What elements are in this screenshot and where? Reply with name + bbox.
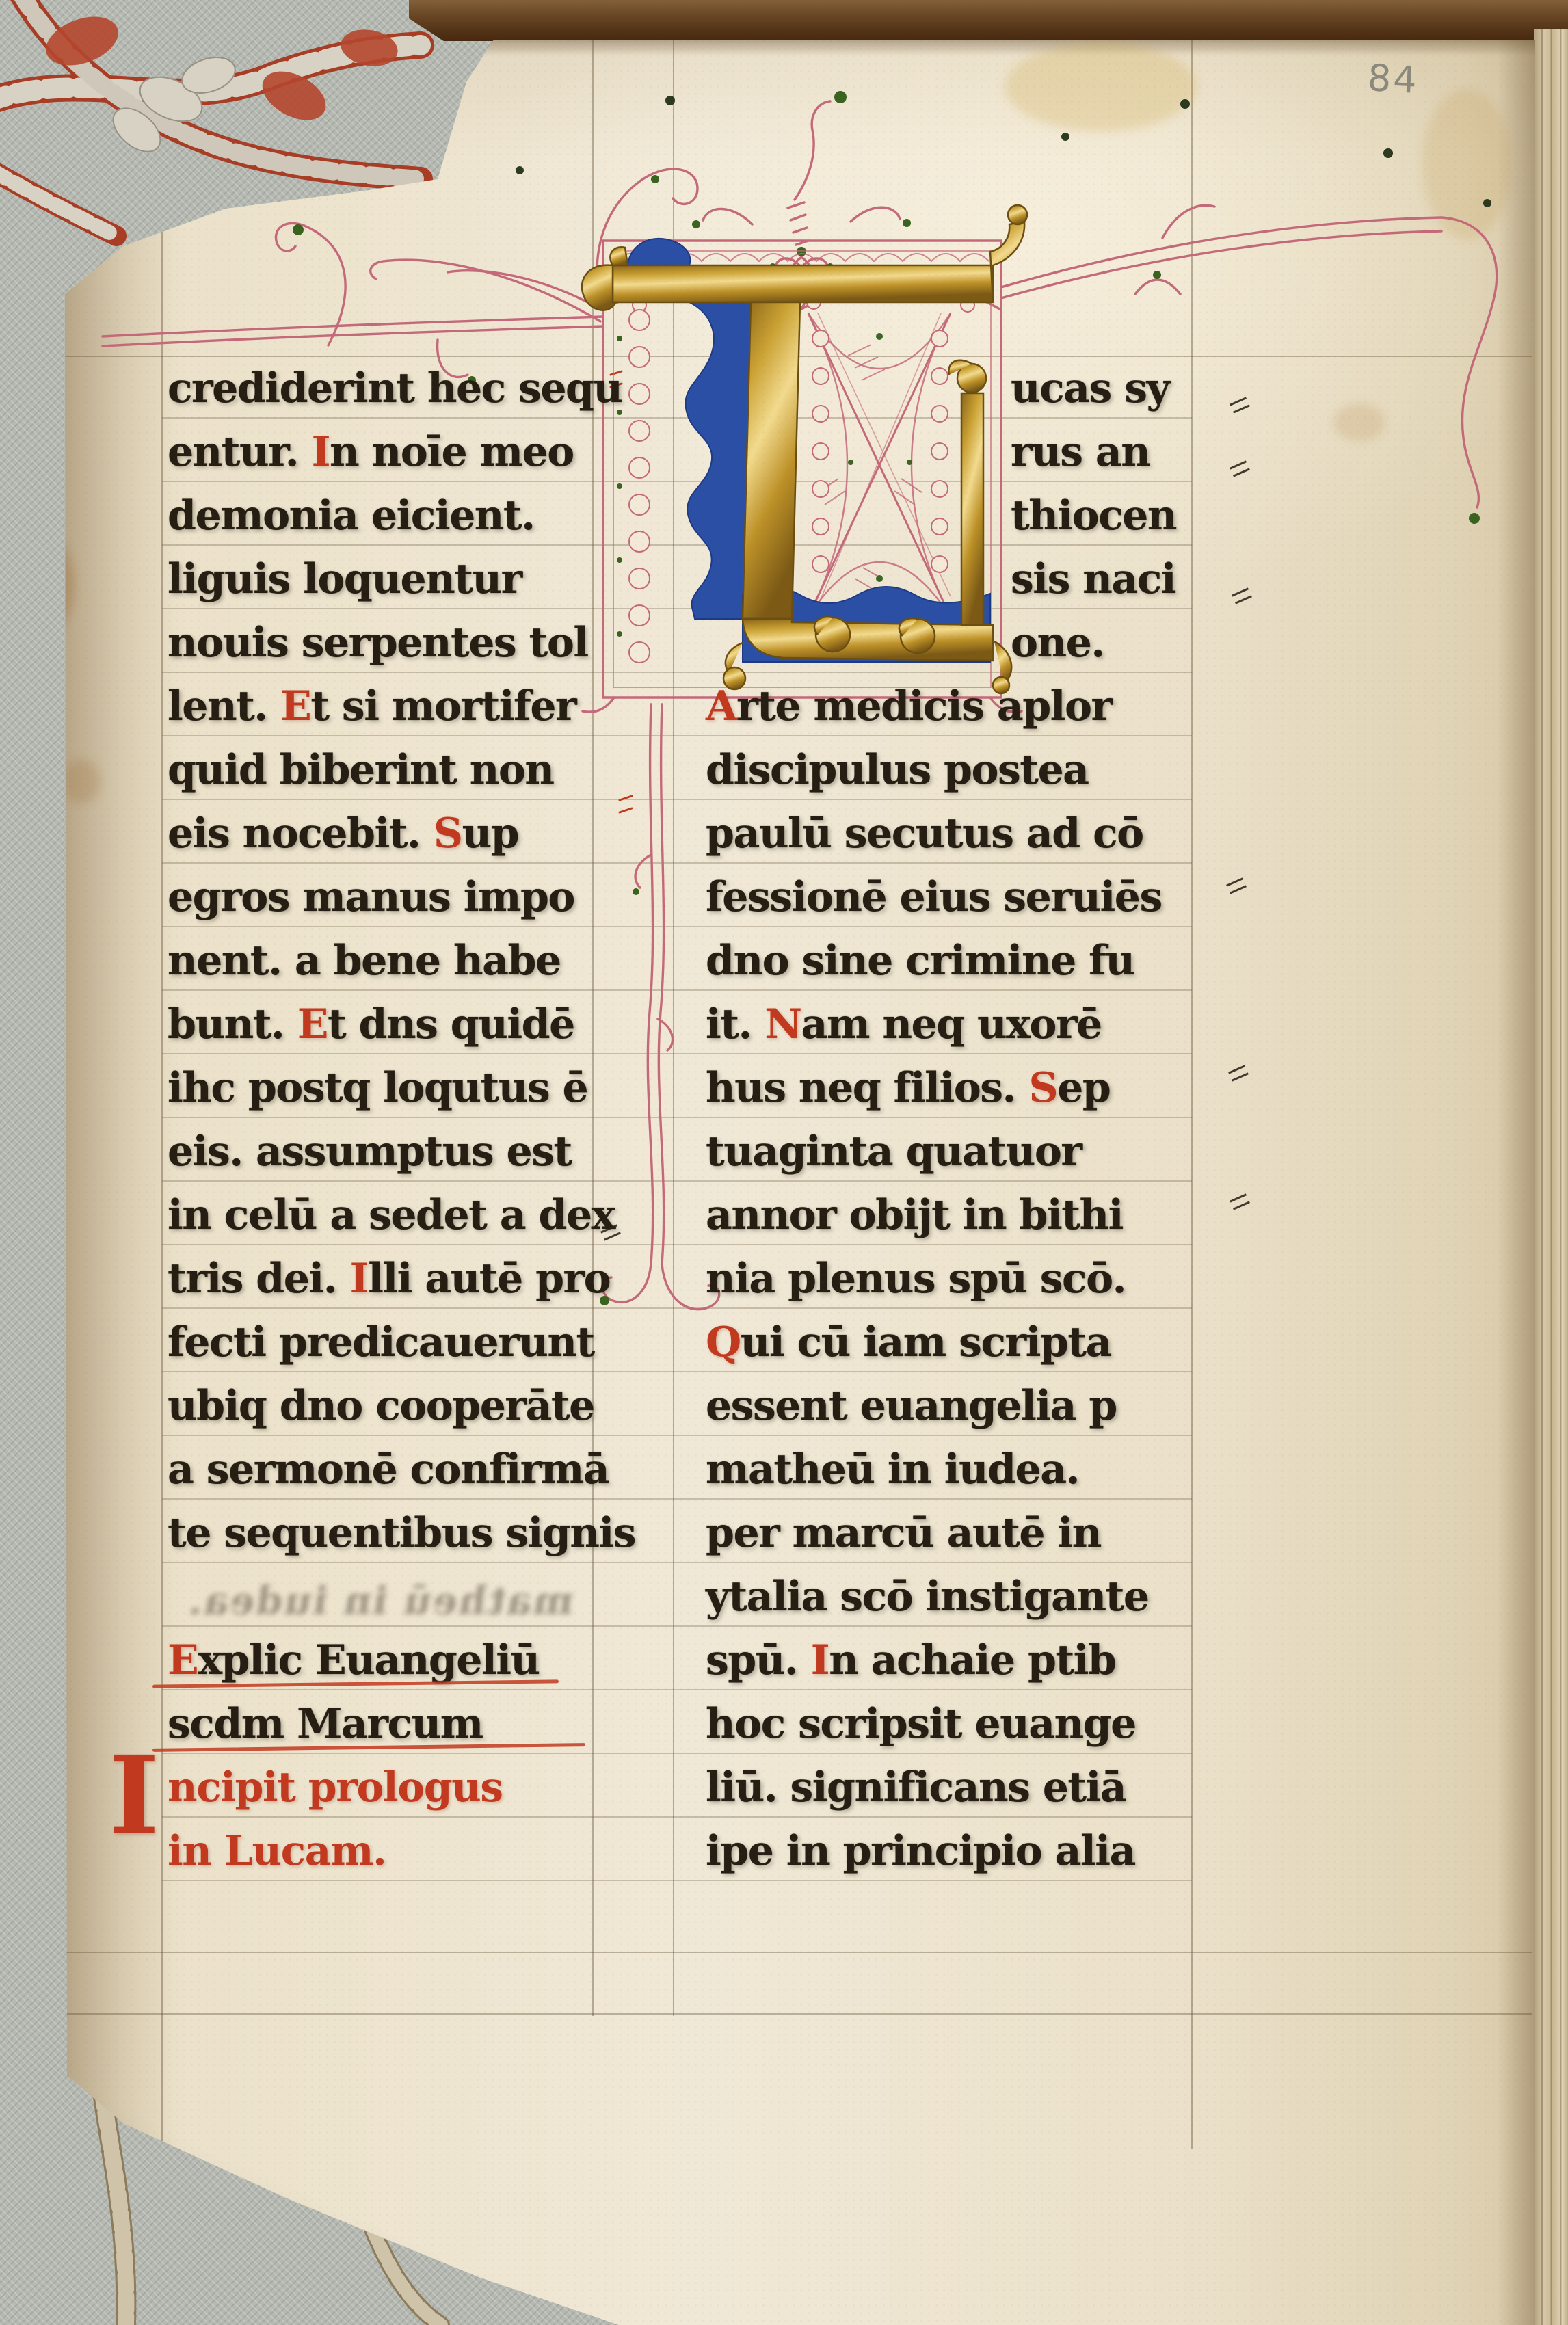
text-run: t dns quidē: [328, 1000, 574, 1048]
right-text-column: Arte medicis aplordiscipulus posteapaulū…: [706, 676, 1201, 1885]
text-line: entur. In noīe meo: [168, 422, 574, 486]
text-run: hoc scripsit euange: [706, 1700, 1136, 1748]
dark-dots: [380, 96, 1491, 207]
text-line: Explic Euangeliū: [168, 1630, 540, 1694]
text-line: tuaginta quatuor: [706, 1121, 1082, 1185]
text-line: sis naci: [1011, 549, 1175, 613]
text-line: liū. significans etiā: [706, 1757, 1126, 1821]
stain: [10, 533, 75, 636]
text-run: tris dei.: [168, 1255, 349, 1303]
text-run: eis nocebit.: [168, 810, 434, 858]
text-run: eis. assumptus est: [168, 1128, 572, 1175]
fore-edge-pages: [1534, 29, 1568, 2325]
text-line: ytalia scō instigante: [706, 1567, 1149, 1630]
text-run: ubiq dno cooperāte: [168, 1382, 594, 1430]
text-run: xplic Euangeliū: [198, 1636, 539, 1684]
rubricated-initial: I: [312, 428, 330, 476]
text-run: fecti predicauerunt: [168, 1318, 594, 1366]
text-line: ihc postq loqutus ē: [168, 1058, 587, 1121]
text-run: liū. significans etiā: [706, 1764, 1126, 1811]
text-line: thiocen: [1011, 486, 1176, 549]
text-run: ihc postq loqutus ē: [168, 1064, 587, 1112]
text-run: spū.: [706, 1636, 811, 1684]
text-run: it.: [706, 1000, 765, 1048]
text-run: am neq uxorē: [801, 1000, 1102, 1048]
text-line: discipulus postea: [706, 740, 1089, 803]
text-line: lent. Et si mortifer: [168, 676, 576, 740]
text-line: nia plenus spū scō.: [706, 1249, 1126, 1312]
text-line: rus an: [1011, 422, 1150, 486]
text-line: a sermonē confirmā: [168, 1439, 609, 1503]
text-line: crediderint hec sequ: [168, 358, 622, 422]
manuscript-page: L crediderint hec sequentur. In noīe meo…: [0, 0, 1568, 2325]
text-line: Qui cū iam scripta: [706, 1312, 1111, 1376]
text-line: spū. In achaie ptib: [706, 1630, 1115, 1694]
text-run: annor obijt in bithi: [706, 1191, 1123, 1239]
text-run: ncipit prologus: [168, 1764, 503, 1811]
text-run: paulū secutus ad cō: [706, 810, 1143, 858]
text-line: paulū secutus ad cō: [706, 803, 1143, 867]
text-run: discipulus postea: [706, 746, 1089, 794]
text-run: ui cū iam scripta: [741, 1318, 1111, 1366]
text-run: entur.: [168, 428, 312, 476]
binding-leather-edge: [409, 0, 1568, 41]
rubric-line: Incipit prologus: [168, 1757, 503, 1821]
text-run: one.: [1011, 619, 1104, 667]
text-line: liguis loquentur: [168, 549, 522, 613]
rubricated-initial: E: [280, 682, 310, 730]
text-run: essent euangelia p: [706, 1382, 1117, 1430]
text-line: matheū in iudea.: [706, 1439, 1079, 1503]
text-line: ubiq dno cooperāte: [168, 1376, 594, 1439]
text-run: hus neq filios.: [706, 1064, 1028, 1112]
text-line: annor obijt in bithi: [706, 1185, 1123, 1249]
text-line: hus neq filios. Sep: [706, 1058, 1110, 1121]
rubricated-initial: S: [434, 810, 462, 858]
text-line: tris dei. Illi autē pro: [168, 1249, 610, 1312]
text-run: fessionē eius seruiēs: [706, 873, 1162, 921]
text-line: quid biberint non: [168, 740, 553, 803]
text-run: egros manus impo: [168, 873, 574, 921]
text-run: a sermonē confirmā: [168, 1446, 609, 1493]
text-run: nent. a bene habe: [168, 937, 561, 985]
right-column-indented-lines: ucas syrus anthiocensis nacione.: [1011, 358, 1236, 676]
text-line: hoc scripsit euange: [706, 1694, 1136, 1757]
text-run: up: [462, 810, 519, 858]
illuminated-initial-L: [582, 205, 1027, 697]
text-run: bunt.: [168, 1000, 297, 1048]
text-line: nouis serpentes tol: [168, 613, 588, 676]
rubricated-initial: A: [706, 682, 736, 730]
text-run: te sequentibus signis: [168, 1509, 635, 1557]
rubricated-initial: N: [765, 1000, 801, 1048]
rubricated-initial: E: [297, 1000, 328, 1048]
text-line: dno sine crimine fu: [706, 931, 1134, 994]
text-run: in celū a sedet a dex: [168, 1191, 615, 1239]
text-run: ucas sy: [1011, 364, 1169, 412]
text-run: n achaie ptib: [829, 1636, 1115, 1684]
text-line: Arte medicis aplor: [706, 676, 1112, 740]
text-line: eis. assumptus est: [168, 1121, 572, 1185]
text-run: nouis serpentes tol: [168, 619, 588, 667]
text-run: in Lucam.: [168, 1827, 386, 1875]
text-run: tuaginta quatuor: [706, 1128, 1082, 1175]
folio-number: 84: [1366, 56, 1420, 102]
text-run: ep: [1057, 1064, 1110, 1112]
text-line: fecti predicauerunt: [168, 1312, 594, 1376]
text-line: essent euangelia p: [706, 1376, 1117, 1439]
text-run: nia plenus spū scō.: [706, 1255, 1126, 1303]
text-run: scdm Marcum: [168, 1700, 483, 1748]
text-line: fessionē eius seruiēs: [706, 867, 1162, 931]
rubricated-initial: Q: [706, 1318, 741, 1366]
text-run: lent.: [168, 682, 280, 730]
bleedthrough-text: matheū in iudea.: [185, 1571, 576, 1631]
text-line: per marcū autē in: [706, 1503, 1101, 1567]
photograph-of-manuscript: { "page": { "folio_number": "84", "kind"…: [0, 0, 1568, 2325]
text-run: dno sine crimine fu: [706, 937, 1134, 985]
text-run: rus an: [1011, 428, 1150, 476]
text-run: crediderint hec sequ: [168, 364, 622, 412]
text-run: ipe in principio alia: [706, 1827, 1135, 1875]
text-line: nent. a bene habe: [168, 931, 561, 994]
text-line: ucas sy: [1011, 358, 1169, 422]
text-run: sis naci: [1011, 555, 1175, 603]
text-run: demonia eicient.: [168, 492, 535, 540]
rubric-line: in Lucam.: [168, 1821, 386, 1885]
rubricated-initial: I: [349, 1255, 368, 1303]
text-line: te sequentibus signis: [168, 1503, 635, 1567]
text-run: per marcū autē in: [706, 1509, 1101, 1557]
left-text-column: crediderint hec sequentur. In noīe meode…: [168, 358, 619, 1885]
text-run: n noīe meo: [330, 428, 574, 476]
text-line: egros manus impo: [168, 867, 574, 931]
text-line: eis nocebit. Sup: [168, 803, 518, 867]
text-run: rte medicis aplor: [736, 682, 1112, 730]
text-line: one.: [1011, 613, 1104, 676]
text-run: quid biberint non: [168, 746, 553, 794]
text-line: scdm Marcum: [168, 1694, 483, 1757]
rubricated-initial: S: [1028, 1064, 1057, 1112]
text-run: ytalia scō instigante: [706, 1573, 1149, 1621]
text-line: it. Nam neq uxorē: [706, 994, 1102, 1058]
text-run: t si mortifer: [310, 682, 576, 730]
text-run: thiocen: [1011, 492, 1176, 540]
rubric-drop-initial: I: [109, 1748, 158, 1845]
text-run: matheū in iudea.: [706, 1446, 1079, 1493]
text-line: in celū a sedet a dex: [168, 1185, 615, 1249]
text-line: ipe in principio alia: [706, 1821, 1135, 1885]
rubricated-initial: E: [168, 1636, 198, 1684]
text-line: bunt. Et dns quidē: [168, 994, 574, 1058]
text-run: lli autē pro: [368, 1255, 610, 1303]
rubricated-initial: I: [811, 1636, 829, 1684]
text-run: liguis loquentur: [168, 555, 522, 603]
text-line: demonia eicient.: [168, 486, 535, 549]
